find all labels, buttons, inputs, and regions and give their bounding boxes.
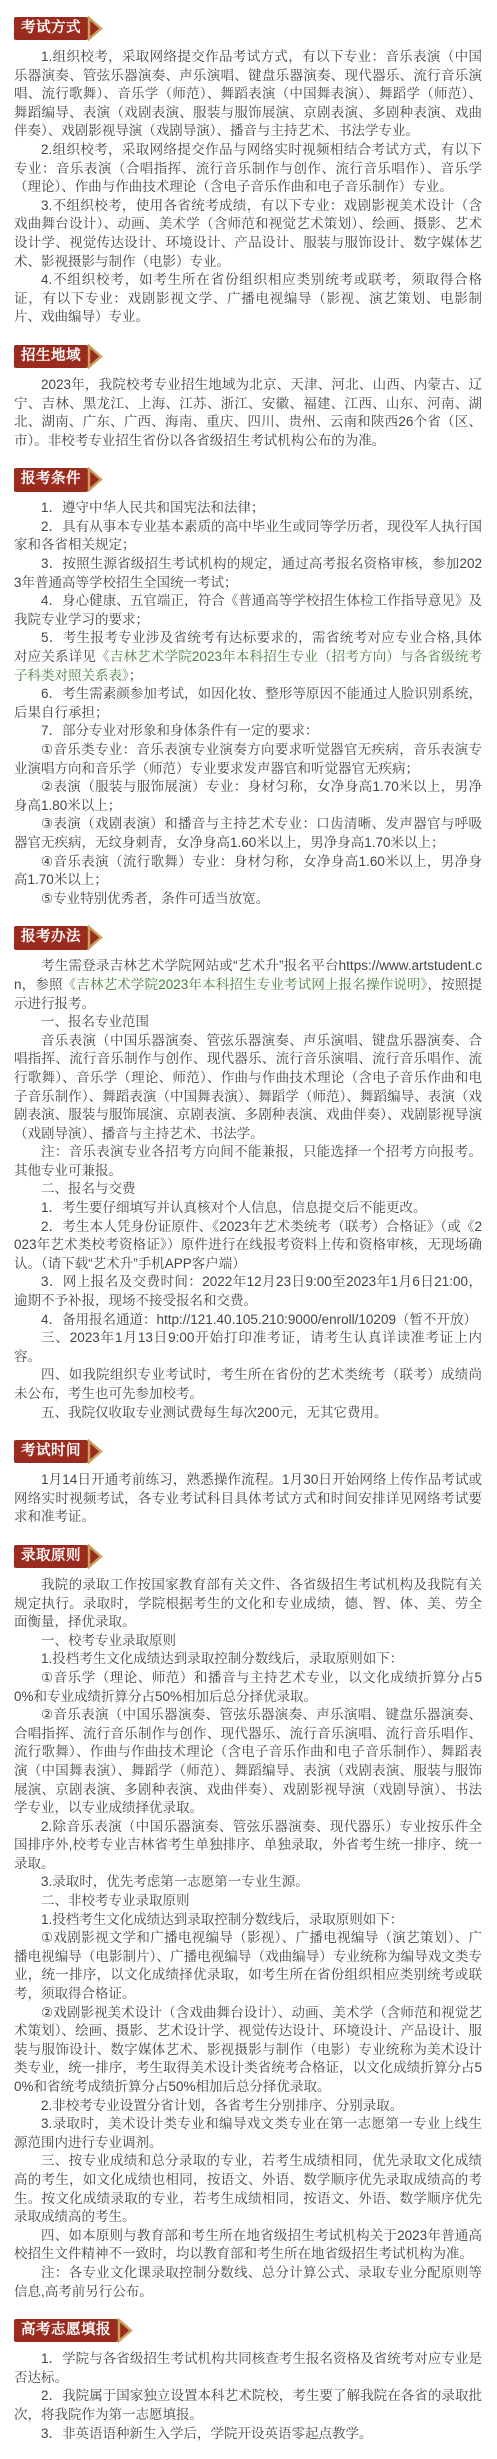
paragraph: ②音乐表演（中国乐器演奏、管弦乐器演奏、声乐演唱、键盘乐器演奏、合唱指挥、流行音… (14, 1706, 482, 1818)
paragraph: 7．部分专业对形象和身体条件有一定的要求： (14, 722, 482, 741)
paragraph: 3.录取时，美术设计类专业和编导戏文类专业在第一志愿第一专业上线生源范围内进行专… (14, 2115, 482, 2152)
paragraph: ②戏剧影视美术设计（含戏曲舞台设计）、动画、美术学（含师范和视觉艺术策划）、绘画… (14, 2004, 482, 2097)
paragraph: 5．考生报考专业涉及省统考有达标要求的，需省统考对应专业合格,具体对应关系详见《… (14, 629, 482, 685)
section-badge-row: 高考志愿填报 (14, 2318, 482, 2343)
paragraph: 6．考生需素颜参加考试，如因化妆、整形等原因不能通过人脸识别系统，后果自行承担； (14, 685, 482, 722)
paragraph: ①戏剧影视文学和广播电视编导（影视）、广播电视编导（演艺策划）、广播电视编导（电… (14, 1929, 482, 2003)
paragraph: 我院的录取工作按国家教育部有关文件、各省级招生考试机构及我院有关规定执行。录取时… (14, 1576, 482, 1632)
paragraph: 4．身心健康、五官端正，符合《普通高等学校招生体检工作指导意见》及我院专业学习的… (14, 592, 482, 629)
paragraph: ①音乐类专业：音乐表演专业演奏方向要求听觉器官无疾病，音乐表演专业演唱方向和音乐… (14, 741, 482, 778)
paragraph: 五、我院仅收取专业测试费每生每次200元，无其它费用。 (14, 1404, 482, 1423)
ribbon-arrow-icon (117, 2318, 134, 2343)
ribbon-arrow-icon (87, 1439, 104, 1464)
paragraph: 注：音乐表演专业各招考方向间不能兼报，只能选择一个招考方向报考。其他专业可兼报。 (14, 1143, 482, 1180)
section-4: 报考办法考生需登录吉林艺术学院网站或“艺术升”报名平台https://www.a… (14, 925, 482, 1422)
ribbon-arrow-icon (87, 16, 104, 41)
paragraph: 2.除音乐表演（中国乐器演奏、管弦乐器演奏、现代器乐）专业按乐件全国排序外,校考… (14, 1818, 482, 1874)
section-6: 录取原则我院的录取工作按国家教育部有关文件、各省级招生考试机构及我院有关规定执行… (14, 1544, 482, 2301)
section-badge-label: 高考志愿填报 (14, 2319, 118, 2343)
paragraph: 四、如本原则与教育部和考生所在地省级招生考试机构关于2023年普通高校招生文件精… (14, 2227, 482, 2264)
section-badge-label: 报考条件 (14, 468, 88, 492)
ribbon-arrow-icon (87, 467, 104, 492)
paragraph: 2.非校考专业设置分省计划，各省考生分别排序、分别录取。 (14, 2097, 482, 2116)
paragraph: 三、2023年1月13日9:00开始打印准考证，请考生认真详读准考证上内容。 (14, 1329, 482, 1366)
section-1: 考试方式1.组织校考，采取网络提交作品考试方式，有以下专业：音乐表演（中国乐器演… (14, 16, 482, 327)
paragraph: 2023年，我院校考专业招生地域为北京、天津、河北、山西、内蒙古、辽宁、吉林、黑… (14, 376, 482, 450)
ribbon-arrow-icon (87, 344, 104, 369)
paragraph: 3.不组织校考，使用各省统考成绩，有以下专业：戏剧影视美术设计（含戏曲舞台设计）… (14, 197, 482, 271)
paragraph: 2．考生本人凭身份证原件、《2023年艺术类统考（联考）合格证》（或《2023年… (14, 1218, 482, 1274)
section-2: 招生地域2023年，我院校考专业招生地域为北京、天津、河北、山西、内蒙古、辽宁、… (14, 344, 482, 450)
section-5: 考试时间1月14日开通考前练习，熟悉操作流程。1月30日开始网络上传作品考试或网… (14, 1439, 482, 1527)
section-badge-row: 招生地域 (14, 344, 482, 369)
paragraph: 四、如我院组织专业考试时，考生所在省份的艺术类统考（联考）成绩尚未公布，考生也可… (14, 1366, 482, 1403)
paragraph: 1．学院与各省级招生考试机构共同核查考生报名资格及省统考对应专业是否达标。 (14, 2350, 482, 2387)
section-badge-row: 考试方式 (14, 16, 482, 41)
section-badge-label: 录取原则 (14, 1545, 88, 1569)
paragraph: 1．遵守中华人民共和国宪法和法律； (14, 499, 482, 518)
section-badge: 招生地域 (14, 344, 104, 369)
paragraph: ③表演（戏剧表演）和播音与主持艺术专业：口齿清晰、发声器官与呼吸器官无疾病，无纹… (14, 815, 482, 852)
paragraph: 一、报名专业范围 (14, 1013, 482, 1032)
paragraph: 考生需登录吉林艺术学院网站或“艺术升”报名平台https://www.artst… (14, 957, 482, 1013)
section-badge-row: 录取原则 (14, 1544, 482, 1569)
document-link[interactable]: 《吉林艺术学院2023年本科招生专业考试网上报名操作说明》 (63, 977, 428, 992)
section-7: 高考志愿填报1．学院与各省级招生考试机构共同核查考生报名资格及省统考对应专业是否… (14, 2318, 482, 2443)
section-badge-label: 考试方式 (14, 17, 88, 41)
section-badge: 录取原则 (14, 1544, 104, 1569)
section-3: 报考条件1．遵守中华人民共和国宪法和法律；2．具有从事本专业基本素质的高中毕业生… (14, 467, 482, 908)
paragraph: 音乐表演（中国乐器演奏、管弦乐器演奏、声乐演唱、键盘乐器演奏、合唱指挥、流行音乐… (14, 1032, 482, 1144)
paragraph: 2.组织校考，采取网络提交作品与网络实时视频相结合考试方式，有以下专业：音乐表演… (14, 141, 482, 197)
section-badge: 考试方式 (14, 16, 104, 41)
section-badge-label: 报考办法 (14, 926, 88, 950)
paragraph: 二、非校考专业录取原则 (14, 1892, 482, 1911)
paragraph: 1.投档考生文化成绩达到录取控制分数线后，录取原则如下： (14, 1650, 482, 1669)
paragraph: 三、按专业成绩和总分录取的专业，若考生成绩相同，优先录取文化成绩高的考生，如文化… (14, 2152, 482, 2226)
paragraph: ①音乐学（理论、师范）和播音与主持艺术专业，以文化成绩折算分占50%和专业成绩折… (14, 1669, 482, 1706)
section-badge-row: 报考条件 (14, 467, 482, 492)
paragraph: 一、校考专业录取原则 (14, 1632, 482, 1651)
paragraph: 1月14日开通考前练习，熟悉操作流程。1月30日开始网络上传作品考试或网络实时视… (14, 1471, 482, 1527)
paragraph: 3．网上报名及交费时间：2022年12月23日9:00至2023年1月6日21:… (14, 1273, 482, 1310)
section-badge: 报考条件 (14, 467, 104, 492)
section-badge-label: 考试时间 (14, 1440, 88, 1464)
ribbon-arrow-icon (87, 925, 104, 950)
paragraph: 1.投档考生文化成绩达到录取控制分数线后，录取原则如下： (14, 1911, 482, 1930)
paragraph: 3．非英语语种新生入学后，学院开设英语零起点教学。 (14, 2425, 482, 2444)
section-badge: 考试时间 (14, 1439, 104, 1464)
section-badge-row: 报考办法 (14, 925, 482, 950)
ribbon-arrow-icon (87, 1544, 104, 1569)
section-badge: 报考办法 (14, 925, 104, 950)
paragraph: 3.录取时，优先考虑第一志愿第一专业生源。 (14, 1873, 482, 1892)
paragraph: 1.组织校考，采取网络提交作品考试方式，有以下专业：音乐表演（中国乐器演奏、管弦… (14, 48, 482, 141)
document: 考试方式1.组织校考，采取网络提交作品考试方式，有以下专业：音乐表演（中国乐器演… (0, 0, 497, 2459)
section-badge: 高考志愿填报 (14, 2318, 134, 2343)
paragraph: 4．备用报名通道：http://121.40.105.210:9000/enro… (14, 1311, 482, 1330)
paragraph: 注：各专业文化课录取控制分数线、总分计算公式、录取专业分配原则等信息,高考前另行… (14, 2264, 482, 2301)
paragraph: 1．考生要仔细填写并认真核对个人信息，信息提交后不能更改。 (14, 1199, 482, 1218)
paragraph: ④音乐表演（流行歌舞）专业：身材匀称，女净身高1.60米以上，男净身高1.70米… (14, 853, 482, 890)
section-badge-label: 招生地域 (14, 345, 88, 369)
section-badge-row: 考试时间 (14, 1439, 482, 1464)
paragraph: 4.不组织校考，如考生所在省份组织相应类别统考或联考，须取得合格证，有以下专业：… (14, 271, 482, 327)
paragraph: 2．具有从事本专业基本素质的高中毕业生或同等学历者，现役军人执行国家和各省相关规… (14, 518, 482, 555)
paragraph: ②表演（服装与服饰展演）专业：身材匀称，女净身高1.70米以上，男净身高1.80… (14, 778, 482, 815)
document-link[interactable]: 《吉林艺术学院2023年本科招生专业（招考方向）与各省级统考子科类对照关系表》 (14, 649, 482, 683)
paragraph: ⑤专业特别优秀者，条件可适当放宽。 (14, 890, 482, 909)
paragraph: 二、报名与交费 (14, 1180, 482, 1199)
paragraph: 2．我院属于国家独立设置本科艺术院校，考生要了解我院在各省的录取批次，将我院作为… (14, 2387, 482, 2424)
paragraph: 3．按照生源省级招生考试机构的规定，通过高考报名资格审核，参加2023年普通高等… (14, 555, 482, 592)
